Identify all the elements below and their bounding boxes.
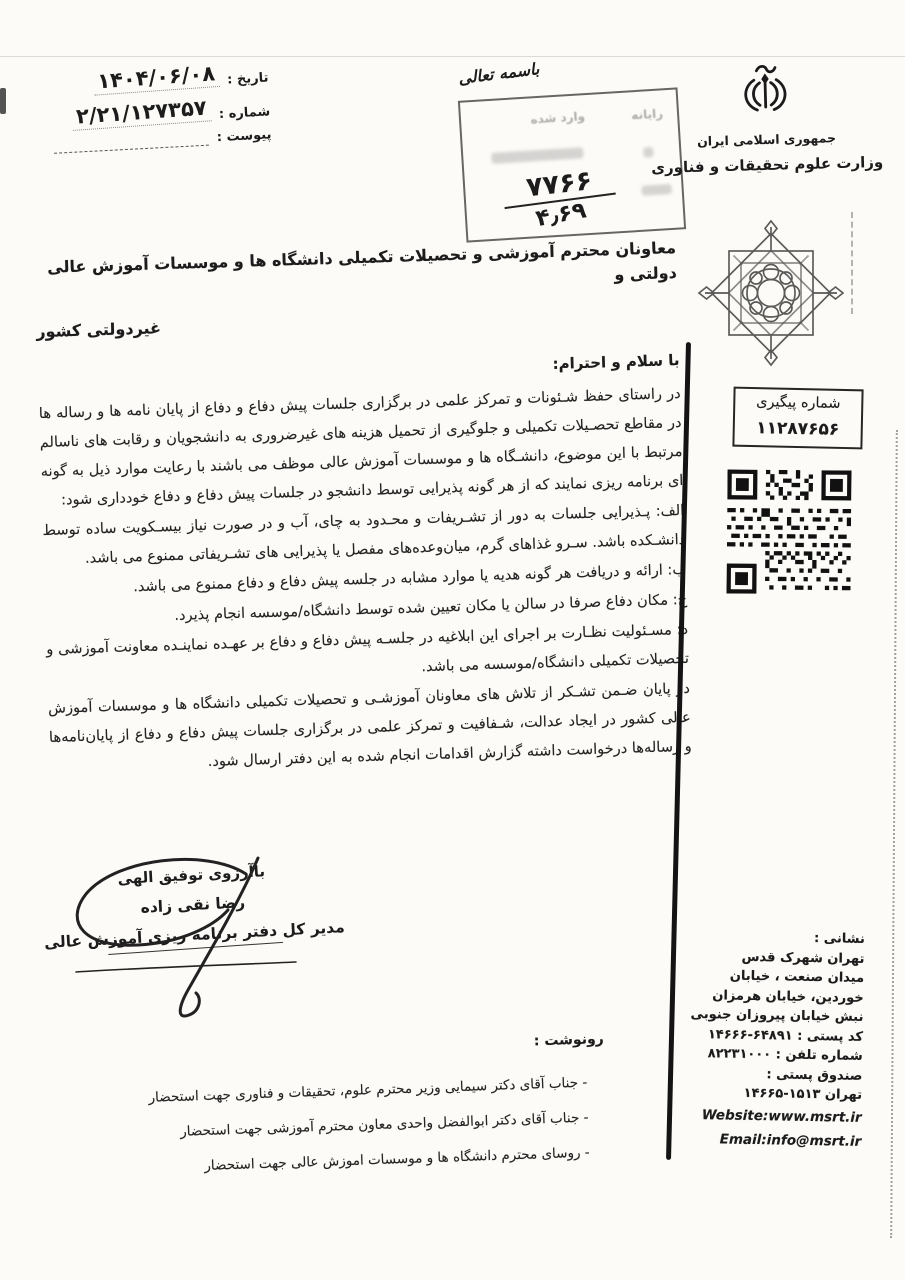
tracking-number: ۱۱۲۸۷۶۵۶ — [737, 418, 859, 441]
recipient-line2: غیردولتی کشور — [36, 302, 678, 341]
email-address: Email:info@msrt.ir — [643, 1126, 861, 1154]
scanned-letter-page: تاریخ : ۱۴۰۴/۰۶/۰۸ شماره : ۲/۲۱/۱۲۷۳۵۷ پ… — [0, 0, 905, 1280]
scan-artifact-smudge — [0, 88, 6, 114]
bismillah-text: باسمه تعالی — [457, 59, 540, 88]
cc-items: - جناب آقای دکتر سیمایی وزیر محترم علوم،… — [87, 1066, 590, 1188]
contact-block: نشانی : تهران شهرک قدس میدان صنعت ، خیاب… — [643, 926, 865, 1153]
cc-block: رونوشت : - جناب آقای دکتر سیمایی وزیر مح… — [86, 1031, 609, 1188]
date-row: تاریخ : ۱۴۰۴/۰۶/۰۸ — [16, 59, 269, 98]
cc-label: رونوشت : — [86, 1031, 604, 1065]
tracking-label: شماره پیگیری — [737, 394, 859, 413]
stamp-illegible-label — [641, 184, 672, 196]
date-label: تاریخ : — [227, 70, 269, 87]
page-edge-dashed-segment — [851, 212, 853, 314]
qr-code — [726, 469, 851, 594]
ornament-star-icon — [696, 218, 846, 368]
scan-artifact-line — [0, 56, 905, 57]
stamp-entered-label: وارد شده — [530, 109, 585, 126]
date-value: ۱۴۰۴/۰۶/۰۸ — [92, 61, 219, 96]
tracking-number-box: شماره پیگیری ۱۱۲۸۷۶۵۶ — [732, 387, 863, 450]
attachment-blank-line — [54, 131, 210, 154]
letter-body: معاونان محترم آموزشی و تحصیلات تکمیلی دا… — [34, 236, 692, 781]
signatory-name: رضا نقی زاده — [28, 887, 358, 922]
country-name: جمهوری اسلامی ایران — [638, 129, 894, 151]
paragraph-intro: در راستای حفظ شـئونات و تمرکز علمی در بر… — [38, 379, 683, 515]
stamp-handwriting: ۷۷۶۶ ۴٫۶۹ — [498, 165, 621, 231]
iran-emblem-icon — [737, 61, 795, 124]
signature-block: باآرزوی توفیق الهی رضا نقی زاده مدیر کل … — [26, 857, 360, 957]
ministry-name: وزارت علوم تحقیقات و فناوری — [639, 153, 895, 178]
number-value: ۲/۲۱/۱۲۷۳۵۷ — [71, 95, 211, 131]
recipient-line1: معاونان محترم آموزشی و تحصیلات تکمیلی دا… — [34, 236, 677, 306]
signature-blessing: باآرزوی توفیق الهی — [26, 857, 356, 892]
number-row: شماره : ۲/۲۱/۱۲۷۳۵۷ — [18, 93, 271, 132]
number-label: شماره : — [219, 104, 271, 122]
page-edge-dotted-line — [890, 430, 898, 1238]
stamp-illegible-text — [491, 147, 583, 164]
letter-meta: تاریخ : ۱۴۰۴/۰۶/۰۸ شماره : ۲/۲۱/۱۲۷۳۵۷ پ… — [16, 59, 272, 163]
attachment-row: پیوست : — [19, 127, 271, 155]
ministry-header: جمهوری اسلامی ایران وزارت علوم تحقیقات و… — [637, 59, 896, 178]
attachment-label: پیوست : — [216, 127, 271, 145]
emblem-sword-tip — [761, 73, 769, 84]
